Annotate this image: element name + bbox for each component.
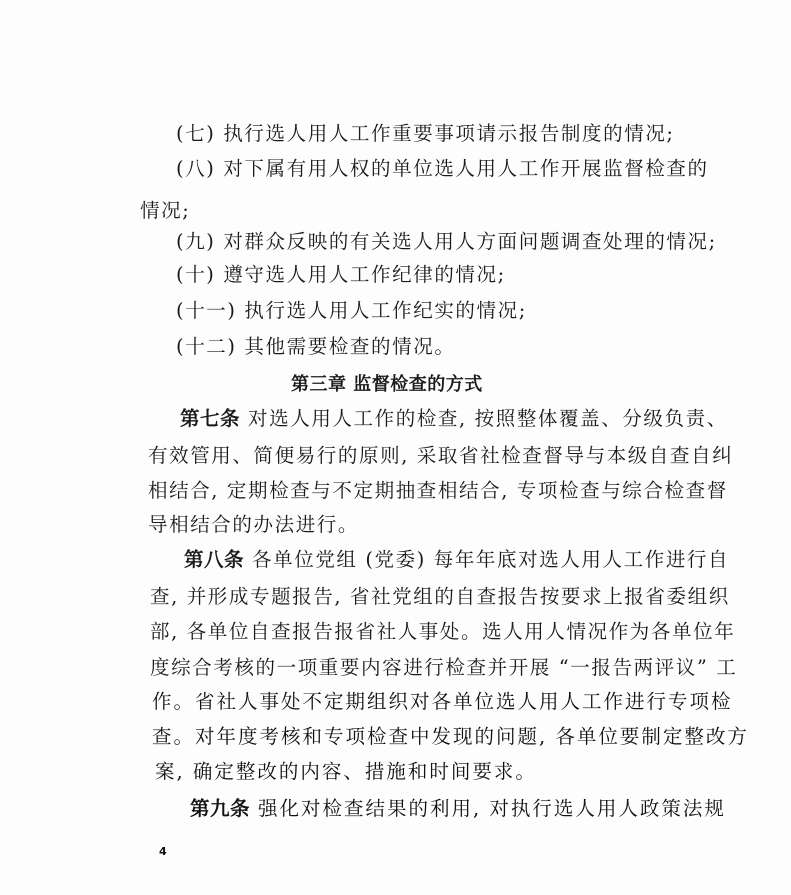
article-7-label: 第七条 [180, 407, 240, 430]
list-item-7: (七) 执行选人用人工作重要事项请示报告制度的情况; [176, 122, 675, 146]
article-9-line-1: 第九条强化对检查结果的利用, 对执行选人用人政策法规 [190, 797, 726, 821]
chapter-heading: 第三章 监督检查的方式 [291, 373, 483, 397]
list-item-11: (十一) 执行选人用人工作纪实的情况; [176, 299, 527, 323]
article-8-line-5: 作。省社人事处不定期组织对各单位选人用人工作进行专项检 [152, 690, 733, 714]
article-9-label: 第九条 [190, 797, 250, 820]
list-item-8-continued: 情况; [140, 199, 190, 223]
article-7-line-4: 导相结合的办法进行。 [148, 513, 359, 537]
article-7-line-2: 有效管用、简便易行的原则, 采取省社检查督导与本级自查自纠 [148, 444, 733, 468]
article-7-line-3: 相结合, 定期检查与不定期抽查相结合, 专项检查与综合检查督 [148, 479, 728, 503]
article-8-line-3: 部, 各单位自查报告报省社人事处。选人用人情况作为各单位年 [150, 620, 735, 644]
article-8-line-1: 第八条各单位党组 (党委) 每年年底对选人用人工作进行自 [184, 548, 729, 572]
article-7-line-1: 第七条对选人用人工作的检查, 按照整体覆盖、分级负责、 [180, 407, 728, 431]
article-8-label: 第八条 [184, 548, 244, 571]
article-8-line-4: 度综合考核的一项重要内容进行检查并开展 “一报告两评议” 工 [150, 656, 737, 680]
list-item-10: (十) 遵守选人用人工作纪律的情况; [176, 263, 506, 287]
list-item-9: (九) 对群众反映的有关选人用人方面问题调查处理的情况; [176, 230, 717, 254]
list-item-8: (八) 对下属有用人权的单位选人用人工作开展监督检查的 [176, 157, 709, 181]
page-number: 4 [159, 845, 167, 858]
list-item-12: (十二) 其他需要检查的情况。 [176, 335, 455, 359]
document-page: (七) 执行选人用人工作重要事项请示报告制度的情况; (八) 对下属有用人权的单… [0, 0, 791, 895]
article-8-line-2: 查, 并形成专题报告, 省社党组的自查报告按要求上报省委组织 [150, 585, 730, 609]
article-8-line-7: 案, 确定整改的内容、措施和时间要求。 [155, 760, 537, 784]
article-8-line-6: 查。对年度考核和专项检查中发现的问题, 各单位要制定整改方 [152, 725, 749, 749]
